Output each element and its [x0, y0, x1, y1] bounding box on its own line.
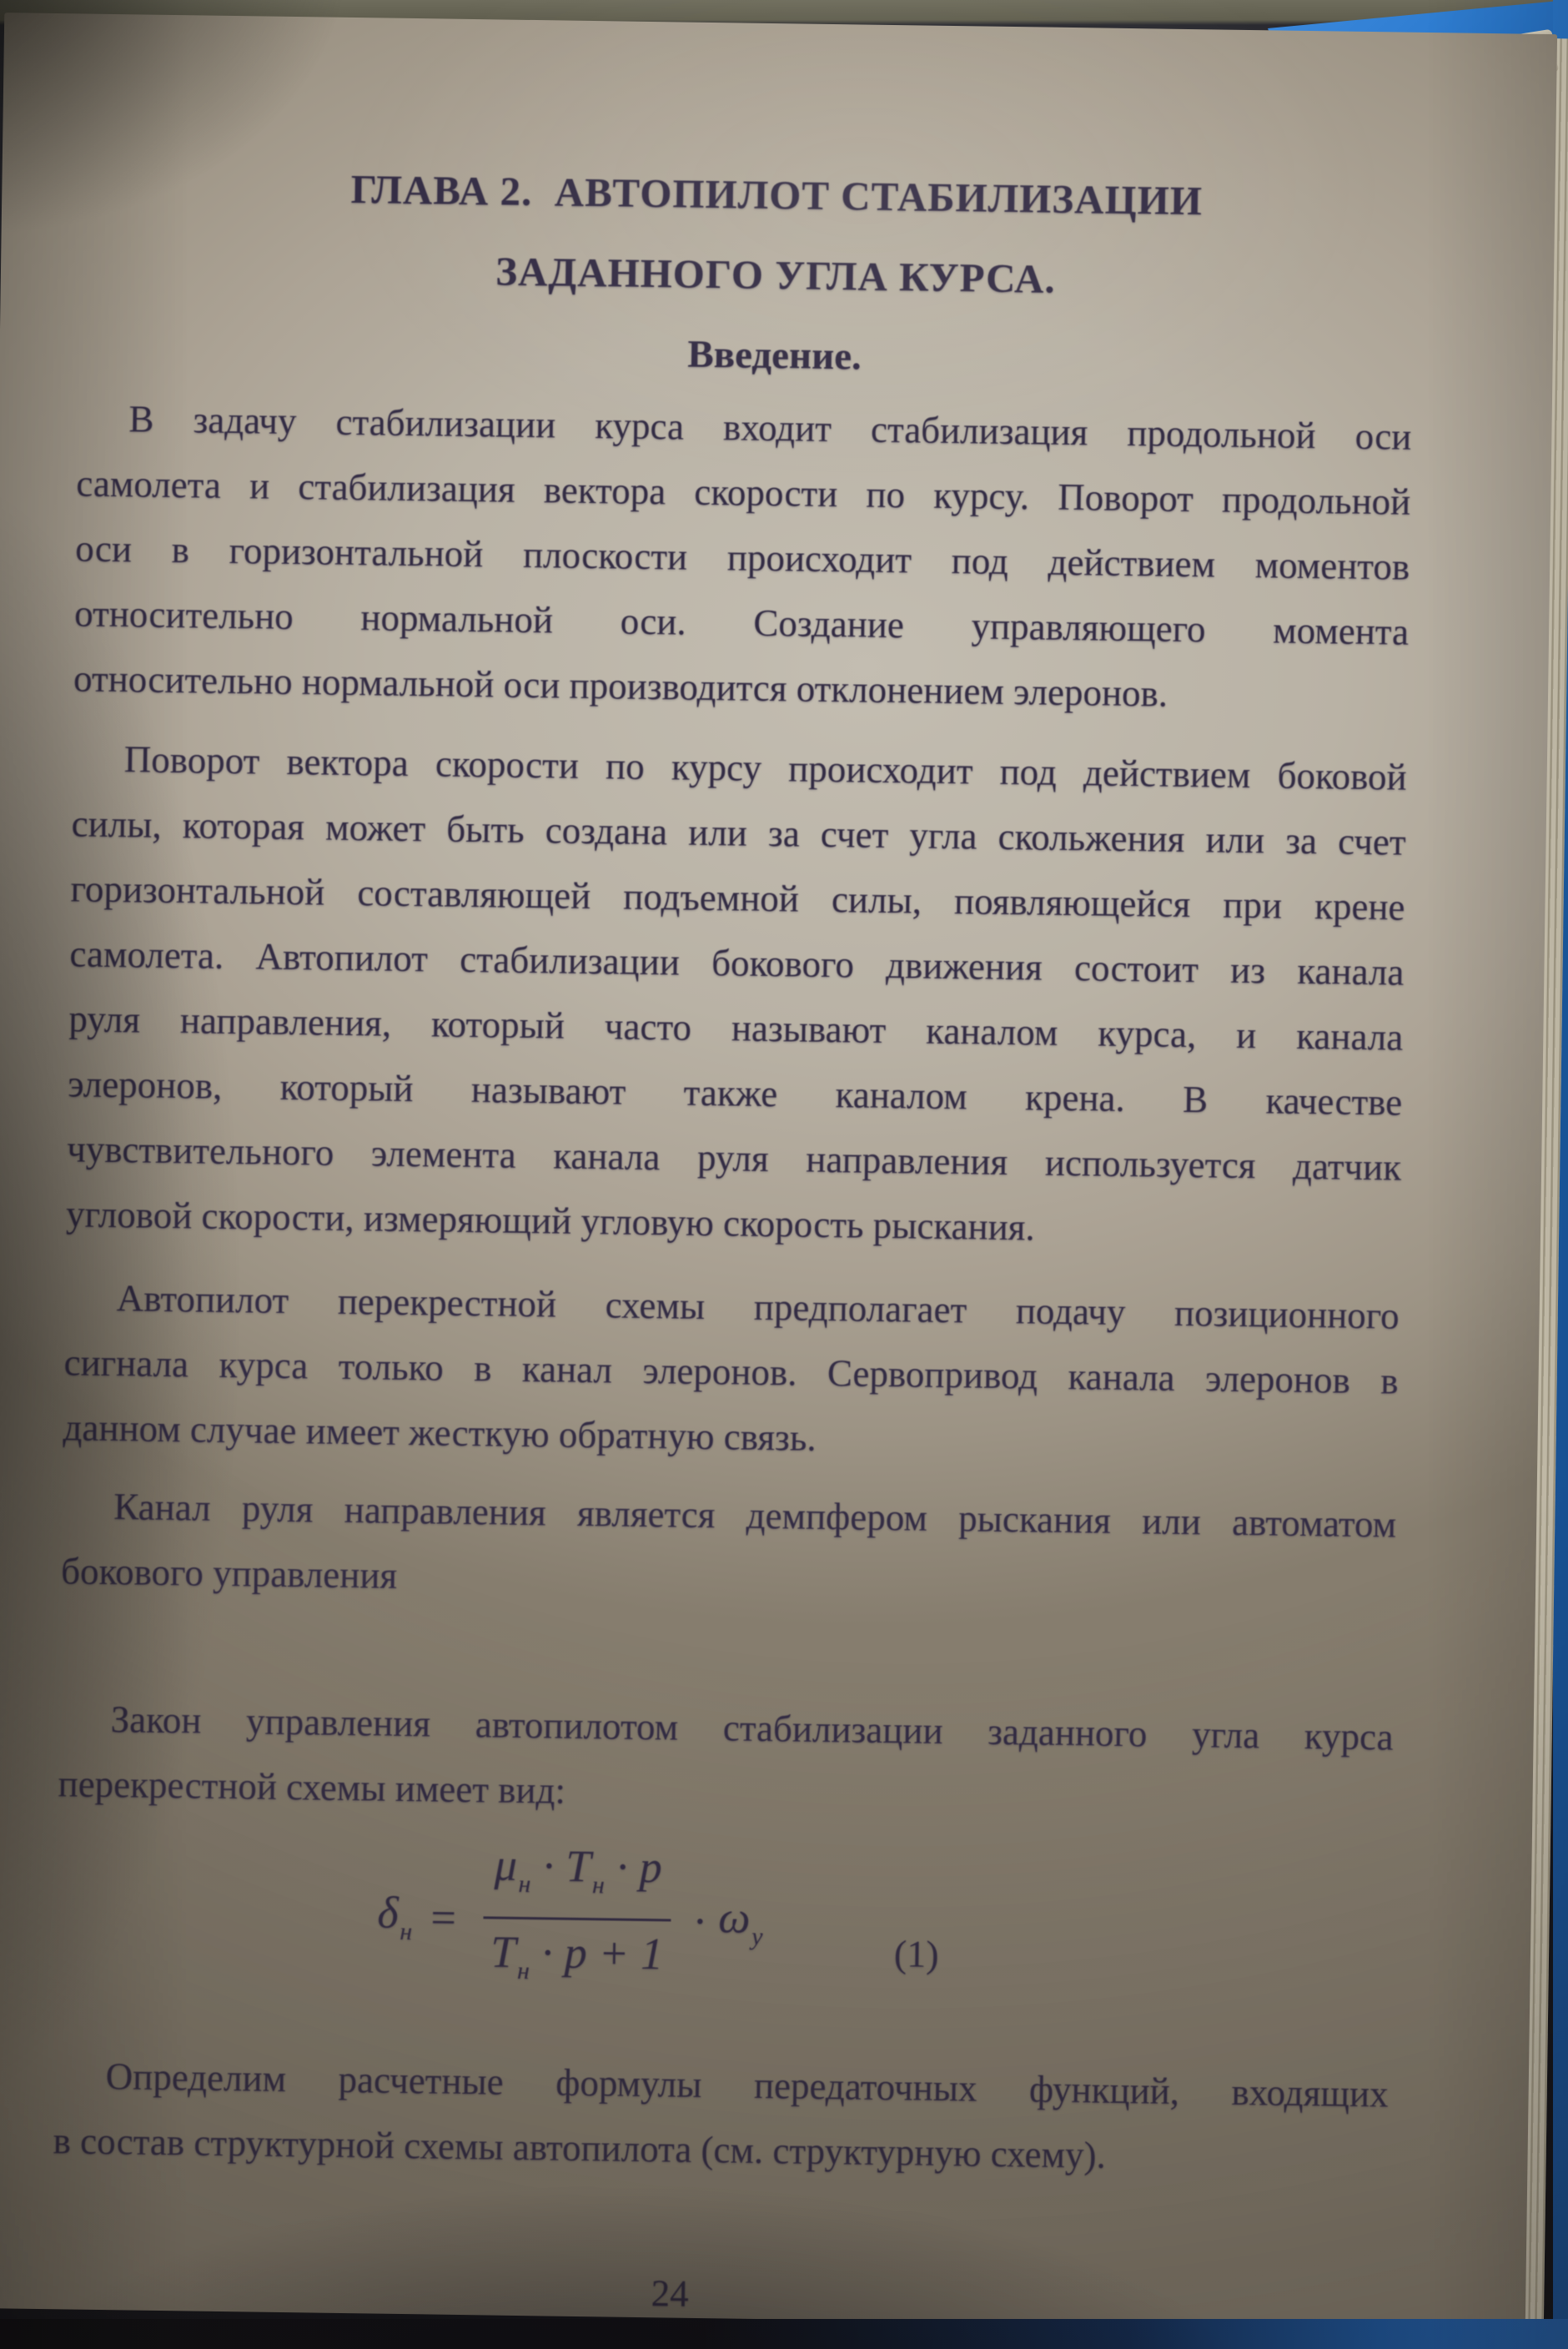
page-sheet: ГЛАВА 2. АВТОПИЛОТ СТАБИЛИЗАЦИИ ЗАДАННОГ…: [0, 13, 1557, 2330]
table-surface-bottom: [0, 2319, 1568, 2349]
numerator: μн·Tн·p: [484, 1838, 672, 1921]
paragraph: Поворот вектора скорости по курсу происх…: [66, 726, 1408, 1265]
page-number: 24: [3, 2262, 1338, 2324]
multiply-dot: ·: [693, 1894, 705, 1946]
denominator: Tн·p+1: [480, 1919, 674, 1999]
paragraph: Автопилот перекрестной схемы предполагае…: [63, 1265, 1400, 1478]
paragraph: Канал руля направления является демпферо…: [61, 1473, 1397, 1622]
document-photo: ГЛАВА 2. АВТОПИЛОТ СТАБИЛИЗАЦИИ ЗАДАННОГ…: [0, 0, 1568, 2349]
page-content: ГЛАВА 2. АВТОПИЛОТ СТАБИЛИЗАЦИИ ЗАДАННОГ…: [51, 13, 1417, 2325]
control-law-formula-row: δн = μн·Tн·p Tн·p+1 · ωу (1): [54, 1826, 1391, 2061]
formula-lhs: δн: [377, 1887, 413, 1947]
paragraph: В задачу стабилизации курса входит стаби…: [73, 385, 1412, 729]
fraction: μн·Tн·p Tн·p+1: [480, 1838, 676, 1999]
paragraph: Закон управления автопилотом стабилизаци…: [58, 1686, 1394, 1834]
paragraph: Определим расчетные формулы передаточных…: [53, 2043, 1389, 2191]
omega-term: ωу: [718, 1891, 763, 1951]
equals-sign: =: [430, 1891, 456, 1943]
chapter-title: ГЛАВА 2. АВТОПИЛОТ СТАБИЛИЗАЦИИ ЗАДАННОГ…: [78, 145, 1415, 404]
equation-number: (1): [894, 1931, 939, 1976]
control-law-formula: δн = μн·Tн·p Tн·p+1 · ωу: [376, 1838, 764, 2000]
